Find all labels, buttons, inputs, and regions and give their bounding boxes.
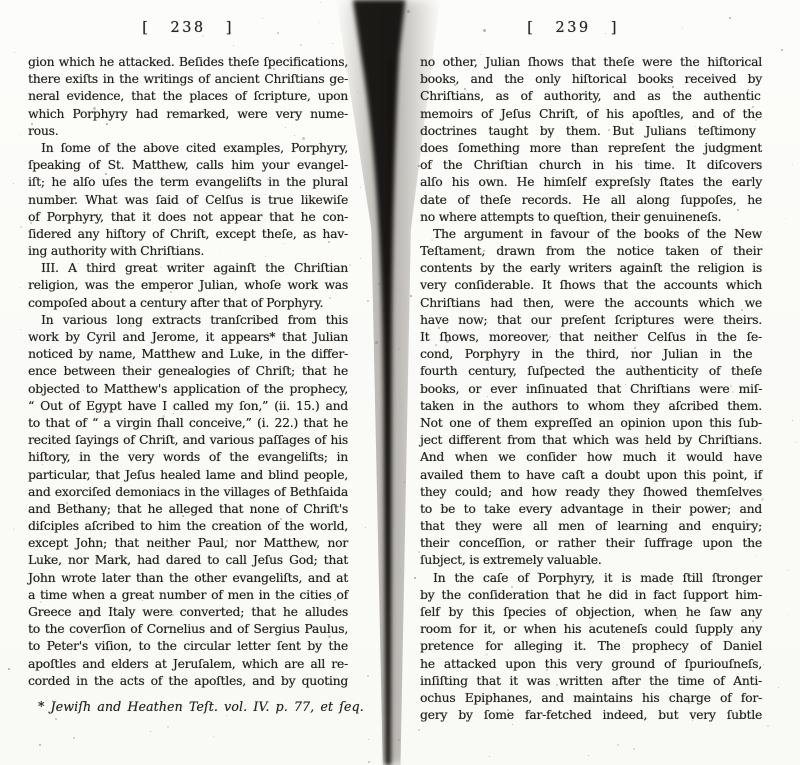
scan-speck	[367, 675, 369, 677]
text-line: have now; that our preſent ſcriptures we…	[420, 312, 762, 329]
text-line: Luke, nor Mark, had dared to call Jeſus …	[28, 552, 348, 569]
scan-speck	[384, 276, 385, 277]
text-line: ing authority with Chriſtians.	[28, 243, 348, 260]
scan-speck	[375, 341, 378, 344]
scan-speck	[13, 528, 15, 530]
scan-speck	[383, 227, 384, 228]
text-line: taken in the authors to whom they aſcrib…	[420, 398, 762, 415]
scan-speck	[390, 606, 391, 607]
text-line: books, and the only hiſtorical books rec…	[420, 71, 762, 88]
text-line: except John; that neither Paul, nor Matt…	[28, 535, 348, 552]
scan-speck	[588, 755, 589, 756]
scan-speck	[387, 419, 389, 421]
text-line: of Porphyry, that it does not appear tha…	[28, 209, 348, 226]
scan-speck	[20, 329, 21, 330]
text-line: memoirs of Jeſus Chriſt, of his apoſtles…	[420, 106, 762, 123]
text-line: no where attempts to queſtion, their gen…	[420, 209, 762, 226]
text-line: In ſome of the above cited examples, Por…	[28, 140, 348, 157]
text-line: Chriſtians had then, were the accounts w…	[420, 295, 762, 312]
text-line: gion which he attacked. Beſides theſe ſp…	[28, 54, 348, 71]
scan-speck	[380, 195, 382, 197]
text-line: apoſtles and elders at Jeruſalem, which …	[28, 656, 348, 673]
scan-speck	[633, 748, 635, 750]
scan-speck	[786, 535, 787, 536]
scan-speck	[320, 2, 321, 3]
scan-speck	[55, 718, 57, 720]
text-line: to that of “ a virgin ſhall conceive,” (…	[28, 415, 348, 432]
scan-speck	[404, 482, 405, 483]
scan-speck	[19, 287, 20, 288]
scan-speck	[762, 245, 763, 246]
text-line: availed them to have caſt a doubt upon t…	[420, 467, 762, 484]
scan-speck	[150, 731, 151, 732]
text-line: and exorciſed demoniacs in the villages …	[28, 484, 348, 501]
scan-speck	[360, 258, 361, 259]
text-line: hiſtory, in the very words of the evange…	[28, 449, 348, 466]
scan-speck	[398, 739, 400, 741]
text-line: he attacked upon this very ground of ſpu…	[420, 656, 762, 673]
text-line: Greece and Italy were converted; that he…	[28, 604, 348, 621]
text-line: books, or ever inſinuated that Chriſtian…	[420, 381, 762, 398]
scan-speck	[778, 687, 779, 688]
text-line: John wrote later than the other evangeli…	[28, 570, 348, 587]
scan-speck	[374, 23, 375, 24]
text-line: ochus Epiphanes, and maintains his charg…	[420, 690, 762, 707]
text-line: cond, Porphyry in the third, nor Julian …	[420, 346, 762, 363]
text-line: The argument in favour of the books of t…	[420, 226, 762, 243]
scan-speck	[332, 43, 333, 44]
text-line: date of theſe records. He all along ſupp…	[420, 192, 762, 209]
text-line: religion, was the emperor Julian, whoſe …	[28, 277, 348, 294]
scan-speck	[781, 49, 783, 51]
text-line: their conceſſion, or rather their ſuffra…	[420, 535, 762, 552]
scan-speck	[73, 737, 75, 739]
scan-speck	[788, 614, 789, 615]
scan-speck	[368, 761, 370, 763]
scan-speck	[407, 10, 410, 13]
scan-speck	[20, 134, 21, 135]
scan-speck	[414, 577, 416, 579]
scan-speck	[167, 726, 169, 728]
scan-speck	[389, 620, 391, 622]
text-line: Teſtament, drawn from the notice taken o…	[420, 243, 762, 260]
scan-speck	[300, 44, 302, 46]
text-line: fourth century, ſuſpected the authentici…	[420, 363, 762, 380]
text-line: recited ſayings of Chriſt, and various p…	[28, 432, 348, 449]
text-line: particular, that Jeſus healed lame and b…	[28, 467, 348, 484]
text-line: there exiſts in the writings of ancient …	[28, 71, 348, 88]
scan-speck	[767, 725, 769, 727]
text-line: In various long extracts tranſcribed fro…	[28, 312, 348, 329]
scan-speck	[233, 45, 234, 46]
scan-speck	[360, 187, 361, 188]
scan-speck	[378, 283, 380, 285]
text-line: by the conſideration that he did in fact…	[420, 587, 762, 604]
text-line: ſidered any hiſtory of Chriſt, except th…	[28, 226, 348, 243]
text-line: no other, Julian ſhows that theſe were t…	[420, 54, 762, 71]
scan-speck	[262, 18, 263, 19]
text-line: It ſhows, moreover, that neither Celſus …	[420, 329, 762, 346]
text-line: work by Cyril and Jerome, it appears* th…	[28, 329, 348, 346]
text-line: that they were all men of learning and e…	[420, 518, 762, 535]
text-line: ſelf by this ſpecies of objection, when …	[420, 604, 762, 621]
scan-speck	[729, 17, 731, 19]
text-line: objected to Matthew's application of the…	[28, 381, 348, 398]
text-line: doctrines taught by them. But Julians te…	[420, 123, 762, 140]
scan-speck	[792, 164, 793, 165]
scan-speck	[767, 231, 768, 232]
text-line: room for it, or when his acuteneſs could…	[420, 621, 762, 638]
scan-speck	[787, 570, 788, 571]
text-line: they could; and how ready they ſhowed th…	[420, 484, 762, 501]
scan-speck	[383, 310, 385, 312]
text-line: compoſed about a century after that of P…	[28, 295, 348, 312]
scan-speck	[8, 668, 10, 670]
text-line: does ſomething more than repreſent the j…	[420, 140, 762, 157]
scan-speck	[489, 756, 490, 757]
text-line: rous.	[28, 123, 348, 140]
scan-speck	[13, 183, 14, 184]
text-line: ject different from that which was held …	[420, 432, 762, 449]
text-line: And when we conſider how much it would h…	[420, 449, 762, 466]
left-page-number: [ 238 ]	[28, 20, 348, 42]
text-line: to the coverſion of Cornelius and of Ser…	[28, 621, 348, 638]
text-line: which Porphyry had remarked, were very n…	[28, 106, 348, 123]
right-page-number: [ 239 ]	[412, 20, 734, 42]
scan-speck	[785, 218, 786, 219]
scan-speck	[349, 264, 351, 266]
text-line: contents by the early writers againſt th…	[420, 260, 762, 277]
text-line: to Peter's viſion, to the circular lette…	[28, 638, 348, 655]
text-line: Not one of them expreſſed an opinion upo…	[420, 415, 762, 432]
scan-speck	[386, 286, 387, 287]
scan-speck	[418, 729, 420, 731]
text-line: corded in the acts of the apoſtles, and …	[28, 673, 348, 690]
scan-speck	[20, 226, 22, 228]
text-line: diſciples aſcribed to him the creation o…	[28, 518, 348, 535]
scan-speck	[357, 91, 358, 92]
scan-speck	[51, 694, 52, 695]
text-line: alſo his own. He himſelf expreſsly ſtate…	[420, 174, 762, 191]
text-line: a time when a great number of men in the…	[28, 587, 348, 604]
left-page-footnote: * Jewiſh and Heathen Teſt. vol. IV. p. 7…	[38, 699, 350, 714]
scan-speck	[792, 420, 793, 421]
scan-speck	[410, 295, 412, 297]
text-line: “ Out of Egypt have I called my ſon,” (i…	[28, 398, 348, 415]
text-line: number. What was ſaid of Celſus is true …	[28, 192, 348, 209]
scan-speck	[368, 739, 369, 740]
scan-speck	[226, 715, 227, 716]
scan-speck	[375, 131, 377, 133]
scan-speck	[617, 744, 619, 746]
text-line: inſiſting that it was written after the …	[420, 673, 762, 690]
scan-speck	[365, 527, 366, 528]
right-page-text: no other, Julian ſhows that theſe were t…	[420, 54, 762, 724]
text-line: ſubject, is extremely valuable.	[420, 552, 762, 569]
text-line: noticed by name, Matthew and Luke, in th…	[28, 346, 348, 363]
scan-speck	[388, 103, 389, 104]
text-line: ſpeaking of St. Matthew, calls him your …	[28, 157, 348, 174]
text-line: In the caſe of Porphyry, it is made ſtil…	[420, 570, 762, 587]
text-line: III. A third great writer againſt the Ch…	[28, 260, 348, 277]
scan-speck	[39, 744, 41, 746]
text-line: Chriſtians, as of authority, and as the …	[420, 88, 762, 105]
scan-speck	[400, 569, 401, 570]
scan-speck	[14, 52, 15, 53]
text-line: of the Chriſtian church in his time. It …	[420, 157, 762, 174]
scan-speck	[367, 300, 369, 302]
text-line: gery by ſome far-fetched indeed, but ver…	[420, 707, 762, 724]
text-line: ence between their genealogies of Chriſt…	[28, 363, 348, 380]
text-line: iſt; he alſo uſes the term evangeliſts i…	[28, 174, 348, 191]
scan-speck	[398, 348, 400, 350]
book-scan: [ 238 ] gion which he attacked. Beſides …	[0, 0, 800, 765]
text-line: pretence for alleging it. The prophecy o…	[420, 638, 762, 655]
text-line: very conſiderable. It ſhows that the acc…	[420, 277, 762, 294]
text-line: and Bethany; that he alleged that none o…	[28, 501, 348, 518]
scan-speck	[763, 664, 764, 665]
scan-speck	[795, 442, 796, 443]
text-line: neral evidence, that the places of ſcrip…	[28, 88, 348, 105]
left-page-text: gion which he attacked. Beſides theſe ſp…	[28, 54, 348, 690]
text-line: to be to take every advantage in their p…	[420, 501, 762, 518]
scan-speck	[213, 736, 214, 737]
